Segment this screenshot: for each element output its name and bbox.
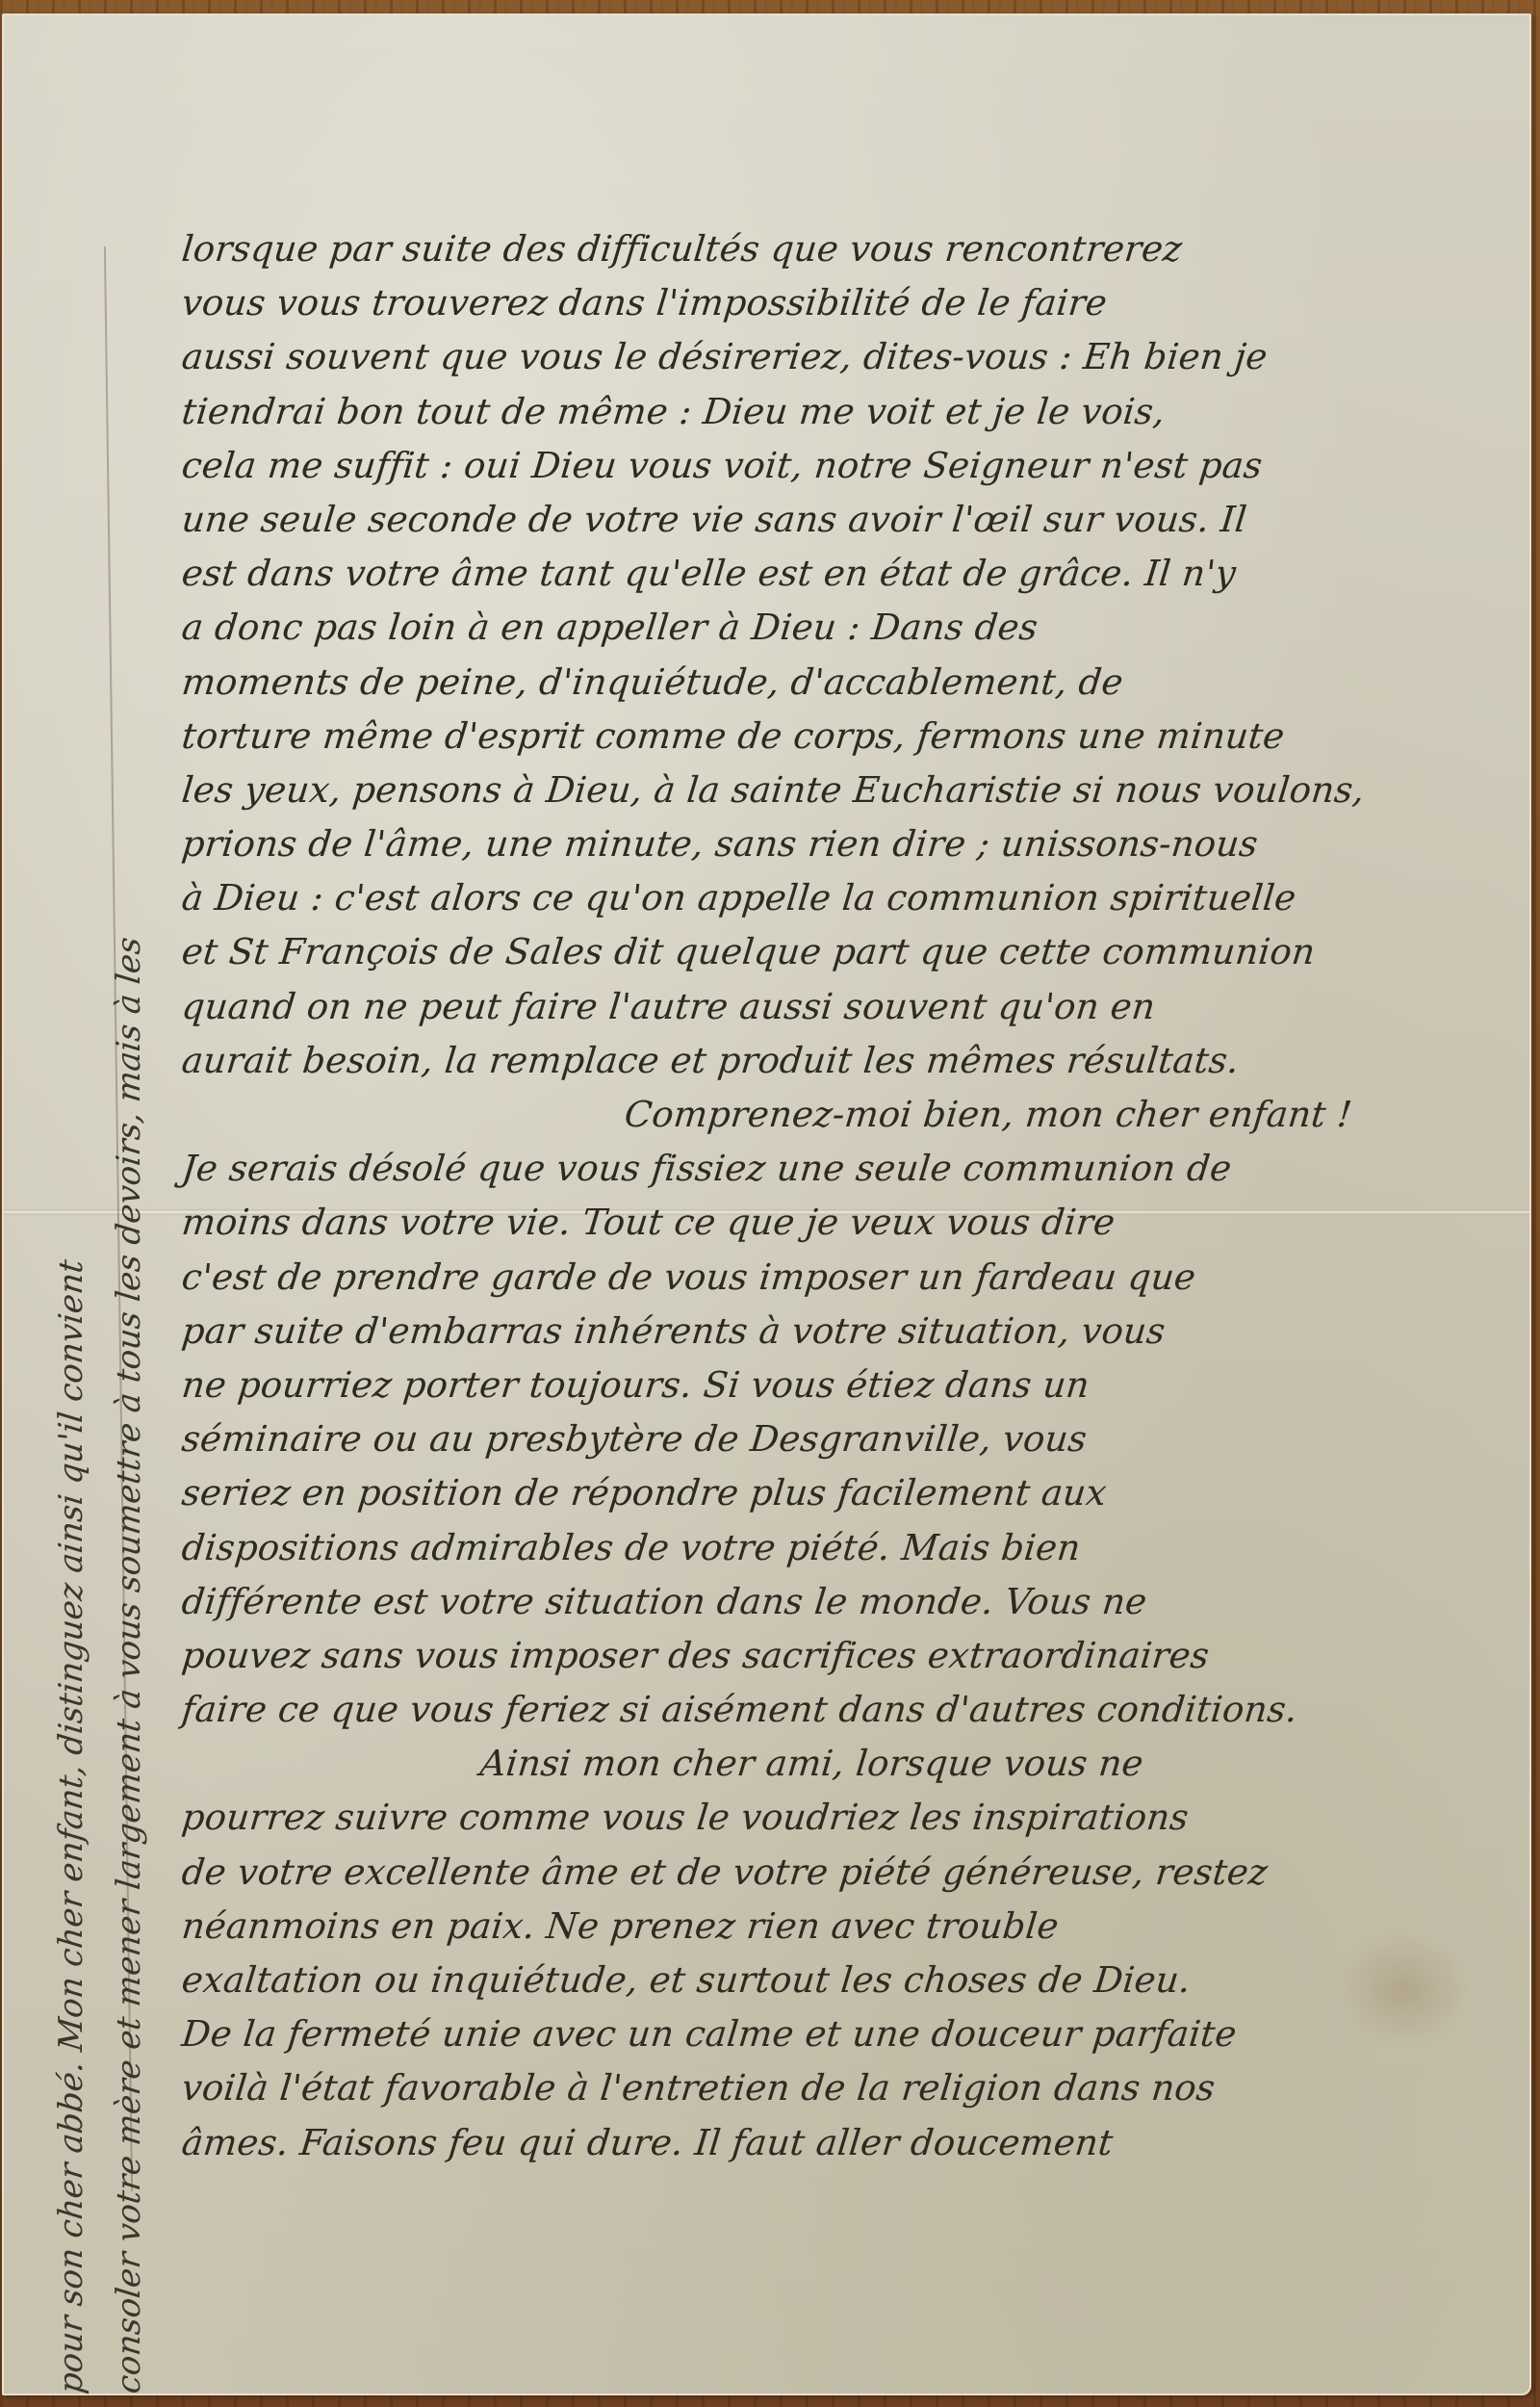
body-line: voilà l'état favorable à l'entretien de …: [179, 2061, 1523, 2115]
body-line: seriez en position de répondre plus faci…: [179, 1466, 1523, 1520]
margin-line: consoler votre mère et mener largement à…: [100, 234, 158, 2396]
body-line: Je serais désolé que vous fissiez une se…: [179, 1142, 1523, 1196]
body-line: à Dieu : c'est alors ce qu'on appelle la…: [179, 871, 1523, 925]
body-line: moments de peine, d'inquiétude, d'accabl…: [179, 656, 1523, 710]
body-line: vous vous trouverez dans l'impossibilité…: [179, 276, 1523, 330]
body-line: cela me suffit : oui Dieu vous voit, not…: [179, 439, 1523, 493]
body-line: moins dans votre vie. Tout ce que je veu…: [179, 1196, 1523, 1250]
body-line: pourrez suivre comme vous le voudriez le…: [179, 1791, 1523, 1845]
body-line: une seule seconde de votre vie sans avoi…: [179, 493, 1523, 547]
body-line: différente est votre situation dans le m…: [179, 1575, 1523, 1629]
body-line: les yeux, pensons à Dieu, à la sainte Eu…: [179, 764, 1523, 817]
body-line: néanmoins en paix. Ne prenez rien avec t…: [179, 1900, 1523, 1954]
body-line: pouvez sans vous imposer des sacrifices …: [179, 1629, 1523, 1683]
paragraph-opening-line: Comprenez-moi bien, mon cher enfant !: [179, 1088, 1523, 1142]
body-line: âmes. Faisons feu qui dure. Il faut alle…: [179, 2116, 1523, 2170]
letter-body: lorsque par suite des difficultés que vo…: [182, 222, 1520, 2170]
body-line: c'est de prendre garde de vous imposer u…: [179, 1251, 1523, 1305]
body-line: aussi souvent que vous le désireriez, di…: [179, 330, 1523, 384]
body-line: torture même d'esprit comme de corps, fe…: [179, 710, 1523, 764]
body-line: aurait besoin, la remplace et produit le…: [179, 1034, 1523, 1088]
body-line: dispositions admirables de votre piété. …: [179, 1521, 1523, 1575]
paragraph-opening-line: Ainsi mon cher ami, lorsque vous ne: [179, 1737, 1523, 1791]
body-line: est dans votre âme tant qu'elle est en é…: [179, 547, 1523, 601]
body-line: a donc pas loin à en appeller à Dieu : D…: [179, 601, 1523, 655]
body-line: et St François de Sales dit quelque part…: [179, 925, 1523, 979]
body-line: par suite d'embarras inhérents à votre s…: [179, 1305, 1523, 1359]
body-line: lorsque par suite des difficultés que vo…: [179, 222, 1523, 276]
body-line: exaltation ou inquiétude, et surtout les…: [179, 1954, 1523, 2007]
body-line: prions de l'âme, une minute, sans rien d…: [179, 817, 1523, 871]
body-line: De la fermeté unie avec un calme et une …: [179, 2007, 1523, 2061]
body-line: ne pourriez porter toujours. Si vous éti…: [179, 1359, 1523, 1412]
body-line: tiendrai bon tout de même : Dieu me voit…: [179, 385, 1523, 439]
left-margin-note: pour son cher abbé. Mon cher enfant, dis…: [42, 237, 158, 2394]
body-line: de votre excellente âme et de votre piét…: [179, 1846, 1523, 1900]
body-line: quand on ne peut faire l'autre aussi sou…: [179, 980, 1523, 1034]
margin-line: pour son cher abbé. Mon cher enfant, dis…: [42, 234, 100, 2396]
body-line: séminaire ou au presbytère de Desgranvil…: [179, 1412, 1523, 1466]
letter-page: lorsque par suite des difficultés que vo…: [2, 13, 1531, 2395]
body-line: faire ce que vous feriez si aisément dan…: [179, 1683, 1523, 1737]
